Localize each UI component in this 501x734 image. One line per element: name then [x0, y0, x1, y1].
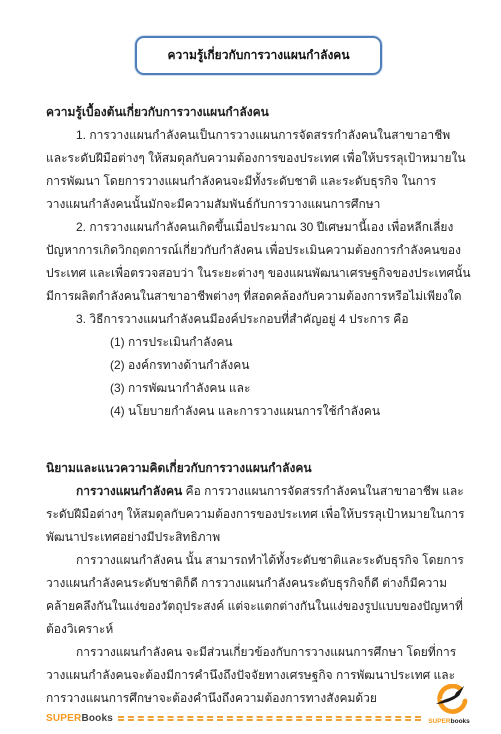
list-item: (3) การพัฒนากำลังคน และ: [110, 377, 471, 400]
list-item: (4) นโยบายกำลังคน และการวางแผนการใช้กำลั…: [110, 400, 471, 423]
logo-text-super: SUPER: [428, 718, 450, 725]
footer-brand-books: Books: [81, 713, 113, 724]
section1-paragraph-1: 1. การวางแผนกำลังคนเป็นการวางแผนการจัดสร…: [46, 124, 471, 216]
section1-paragraph-2: 2. การวางแผนกำลังคนเกิดขึ้นเมื่อประมาณ 3…: [46, 216, 471, 308]
section2-paragraph-2: การวางแผนกำลังคน นั้น สามารถทำได้ทั้งระด…: [46, 549, 471, 641]
footer-brand-text: SUPERBooks: [46, 713, 113, 724]
definition-term: การวางแผนกำลังคน: [76, 484, 182, 498]
document-page: ความรู้เกี่ยวกับการวางแผนกำลังคน ความรู้…: [0, 0, 501, 734]
footer-logo-text: SUPERbooks: [428, 718, 470, 726]
page-title: ความรู้เกี่ยวกับการวางแผนกำลังคน: [167, 48, 349, 62]
list-item: (2) องค์กรทางด้านกำลังคน: [110, 354, 471, 377]
section1-heading: ความรู้เบื้องต้นเกี่ยวกับการวางแผนกำลังค…: [46, 101, 471, 124]
page-title-box: ความรู้เกี่ยวกับการวางแผนกำลังคน: [135, 36, 381, 75]
section2-paragraph-1: การวางแผนกำลังคน คือ การวางแผนการจัดสรรก…: [46, 480, 471, 549]
superbooks-logo-icon: [430, 684, 468, 718]
document-content: ความรู้เบื้องต้นเกี่ยวกับการวางแผนกำลังค…: [46, 75, 471, 710]
section1-paragraph-3: 3. วิธีการวางแผนกำลังคนมีองค์ประกอบที่สำ…: [46, 308, 471, 331]
section2-heading: นิยามและแนวความคิดเกี่ยวกับการวางแผนกำลั…: [46, 457, 471, 480]
section2-paragraph-3: การวางแผนกำลังคน จะมีส่วนเกี่ยวข้องกับกา…: [46, 641, 471, 710]
footer-logo-block: SUPERbooks: [427, 684, 471, 726]
list-item: (1) การประเมินกำลังคน: [110, 331, 471, 354]
footer-dashed-divider: [118, 716, 421, 721]
page-footer: SUPERBooks SUPERbooks: [46, 710, 471, 732]
manpower-components-list: (1) การประเมินกำลังคน (2) องค์กรทางด้านก…: [46, 331, 471, 423]
logo-text-books: books: [451, 718, 470, 725]
footer-brand-super: SUPER: [46, 713, 81, 724]
